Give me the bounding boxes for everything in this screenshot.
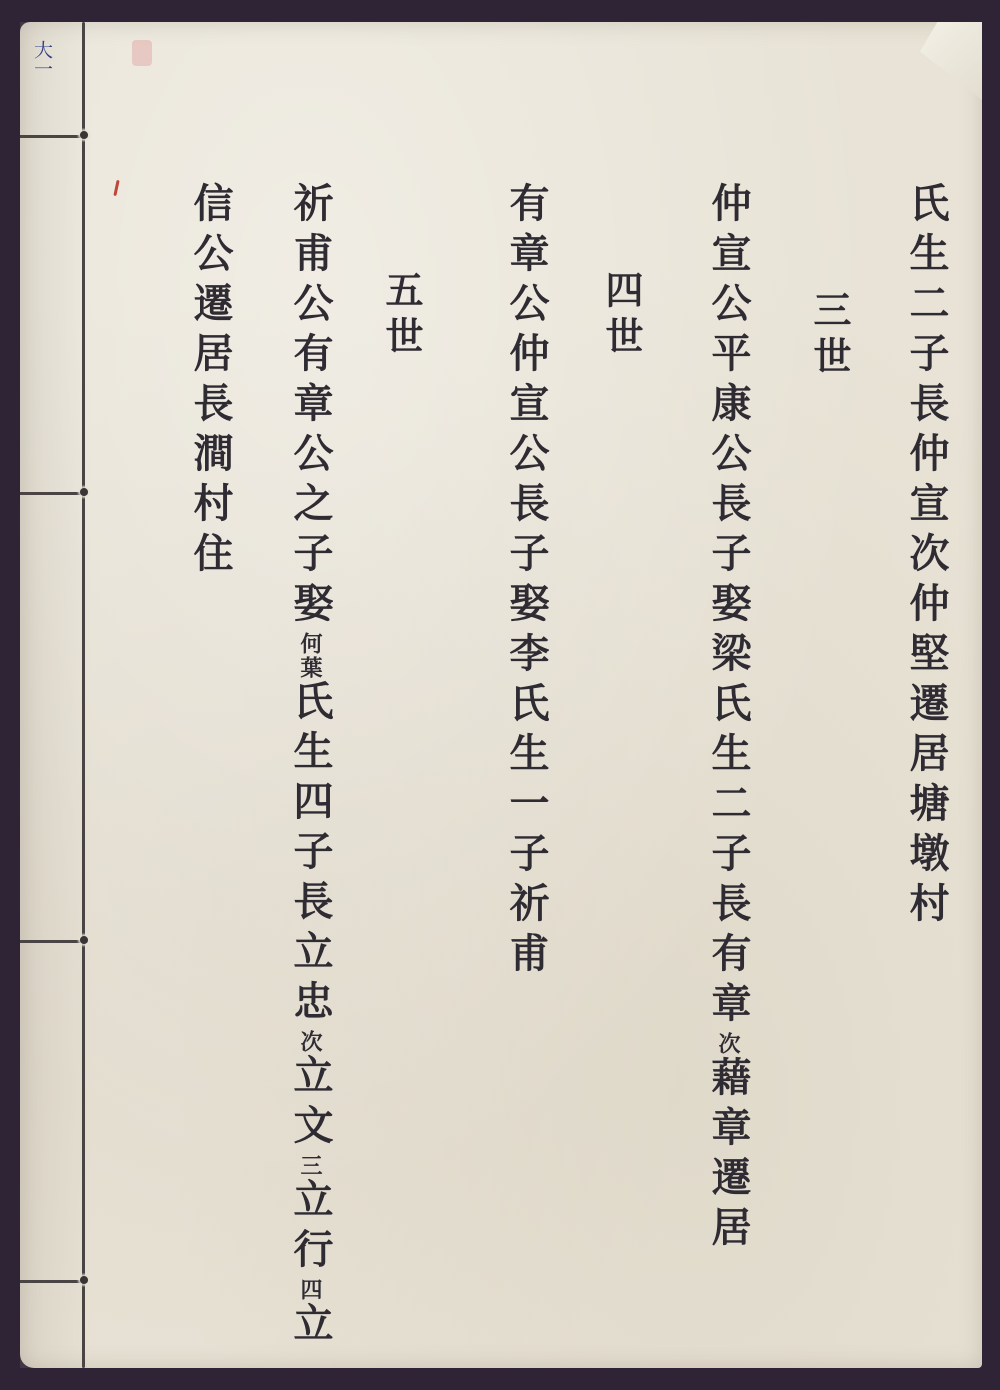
heading-text: 四世 bbox=[599, 270, 644, 362]
genealogy-page: 大一 氏生二子長仲宣次仲堅遷居塘墩村 三世 仲宣公平康公長子娶梁氏生二子長有章次… bbox=[20, 22, 982, 1368]
column-text: 祈甫公有章公之子娶 bbox=[287, 182, 334, 632]
heading-text: 五世 bbox=[379, 270, 424, 362]
red-ink-mark bbox=[113, 180, 119, 196]
spine-volume-label: 大一 bbox=[32, 40, 51, 78]
column-text: 立 bbox=[287, 1302, 334, 1352]
generation-heading-3: 三世 bbox=[810, 290, 848, 382]
small-annotation: 何 bbox=[297, 632, 323, 656]
text-column-5: 有章公仲宣公長子娶李氏生一子祈甫 bbox=[506, 182, 546, 982]
column-text: 有章公仲宣公長子娶李氏生一子祈甫 bbox=[503, 182, 550, 982]
column-text: 立文 bbox=[287, 1054, 334, 1154]
text-column-8: 信公遷居長澗村住 bbox=[190, 182, 230, 582]
column-text: 信公遷居長澗村住 bbox=[187, 182, 234, 582]
folded-corner bbox=[920, 22, 982, 100]
small-annotation-pair: 何葉 bbox=[299, 632, 321, 680]
small-annotation: 葉 bbox=[297, 656, 323, 680]
text-column-1: 氏生二子長仲宣次仲堅遷居塘墩村 bbox=[906, 182, 946, 932]
faded-stamp bbox=[132, 40, 152, 66]
column-text: 立行 bbox=[287, 1178, 334, 1278]
binding-thread bbox=[82, 22, 85, 1368]
stitch-knot bbox=[76, 933, 92, 947]
text-column-3: 仲宣公平康公長子娶梁氏生二子長有章次藉章遷居 bbox=[708, 182, 748, 1256]
small-annotation: 四 bbox=[297, 1278, 323, 1302]
stitch-knot bbox=[76, 1273, 92, 1287]
generation-heading-5: 五世 bbox=[382, 270, 420, 362]
generation-heading-4: 四世 bbox=[602, 270, 640, 362]
small-annotation: 次 bbox=[715, 1032, 741, 1056]
column-text: 仲宣公平康公長子娶梁氏生二子長有章 bbox=[705, 182, 752, 1032]
small-annotation: 三 bbox=[297, 1154, 323, 1178]
column-text-continued: 藉章遷居 bbox=[705, 1056, 752, 1256]
stitch-knot bbox=[76, 128, 92, 142]
column-text: 氏生四子長立忠 bbox=[287, 680, 334, 1030]
small-annotation: 次 bbox=[297, 1030, 323, 1054]
column-text: 氏生二子長仲宣次仲堅遷居塘墩村 bbox=[903, 182, 950, 932]
heading-text: 三世 bbox=[807, 290, 852, 382]
stitch-knot bbox=[76, 485, 92, 499]
text-column-7: 祈甫公有章公之子娶何葉氏生四子長立忠次立文三立行四立 bbox=[290, 182, 330, 1352]
